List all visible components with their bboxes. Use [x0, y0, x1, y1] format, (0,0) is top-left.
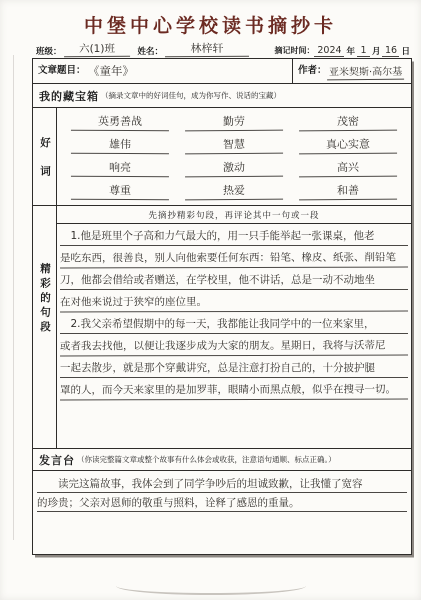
excerpt-line: 1.他是班里个子高和力气最大的，用一只手能举起一张课桌，他老 — [60, 224, 408, 246]
date-month-unit: 月 — [372, 45, 381, 57]
speech-header-row: 发言台 （你读完整篇文章或整个故事有什么体会或收获，注意语句通顺、标点正确。） — [33, 448, 411, 470]
author-value: 亚米契斯·高尔基 — [326, 62, 403, 80]
treasure-heading: 我的藏宝箱 — [39, 88, 99, 104]
good-word: 智慧 — [185, 136, 283, 155]
good-word-cell: 和善 — [291, 180, 405, 203]
document-photo: 中堡中心学校读书摘抄卡 班级： 六(1)班 姓名： 林梓轩 摘记时间： 2024… — [0, 0, 421, 600]
date-label: 摘记时间： — [274, 45, 314, 57]
date-year-value: 2024 — [314, 45, 344, 57]
speech-line: 读完这篇故事，我体会到了同学争吵后的坦诚致歉，让我懂了宽容 — [37, 474, 407, 493]
good-word: 英勇善战 — [71, 112, 169, 131]
treasure-note: （摘录文章中的好词佳句，成为你写作、说话的宝藏） — [101, 90, 281, 101]
page-title: 中堡中心学校读书摘抄卡 — [0, 11, 421, 38]
excerpt-line: 是吃东西，很善良，别人向他索要任何东西：铅笔、橡皮、纸张、削铅笔 — [60, 246, 408, 269]
date-year-unit: 年 — [346, 45, 355, 57]
good-word-cell: 激动 — [177, 157, 291, 180]
good-word-cell: 热爱 — [177, 180, 291, 203]
good-word-cell: 尊重 — [63, 180, 177, 203]
good-word: 真心实意 — [299, 136, 397, 155]
good-word: 和善 — [299, 182, 397, 201]
good-word-cell: 响亮 — [63, 157, 177, 180]
name-value: 林梓轩 — [165, 40, 249, 57]
speech-heading: 发言台 — [39, 452, 75, 468]
page-edge-shadow — [116, 586, 306, 595]
excerpt-row: 精彩的句段 先摘抄精彩句段，再评论其中一句或一段 1.他是班里个子高和力气最大的… — [33, 205, 411, 448]
good-word: 勤劳 — [185, 112, 283, 131]
excerpt-lines: 1.他是班里个子高和力气最大的，用一只手能举起一张课桌，他老 是吃东西，很善良，… — [57, 224, 411, 400]
good-word-cell: 英勇善战 — [63, 110, 177, 133]
excerpt-line: 在对他来说过于狭窄的座位里。 — [60, 290, 408, 313]
good-word: 热爱 — [185, 182, 283, 201]
excerpt-line: 2.我父亲希望假期中的每一天，我都能让我同学中的一位来家里， — [60, 312, 408, 334]
treasure-header-row: 我的藏宝箱 （摘录文章中的好词佳句，成为你写作、说话的宝藏） — [33, 83, 411, 107]
good-word-cell: 茂密 — [291, 110, 405, 133]
article-title-value: 《童年》 — [87, 63, 133, 79]
good-word-cell: 雄伟 — [63, 133, 177, 156]
excerpt-line: 一起去散步，就是那个穿戴讲究，总是注意打扮自己的，十分披护腿 — [60, 356, 408, 378]
date-month-value: 1 — [357, 45, 370, 57]
good-word: 激动 — [185, 159, 283, 178]
author-cell: 作者： 亚米契斯·高尔基 — [293, 59, 411, 83]
good-words-side-label: 好词 — [33, 108, 57, 205]
info-row: 班级： 六(1)班 姓名： 林梓轩 摘记时间： 2024 年 1 月 16 日 — [36, 41, 412, 57]
name-label: 姓名： — [138, 45, 164, 57]
good-word: 茂密 — [299, 112, 397, 131]
excerpt-line: 刀，他都会借给或者赠送，在学校里，他不讲话，总是一动不动地坐 — [60, 268, 408, 290]
good-word: 尊重 — [71, 182, 169, 201]
excerpt-line: 或者我去找他，以便让我逐步成为大家的朋友。星期日，我将与沃蒂尼 — [60, 334, 408, 357]
good-word-cell: 智慧 — [177, 133, 291, 156]
excerpt-line: 罩的人，而今天来家里的是加罗菲，眼睛小而黑点般，似乎在搜寻一切。 — [60, 378, 408, 401]
reading-card-table: 文章题目： 《童年》 作者： 亚米契斯·高尔基 我的藏宝箱 （摘录文章中的好词佳… — [32, 58, 412, 555]
excerpt-header: 先摘抄精彩句段，再评论其中一句或一段 — [57, 206, 411, 224]
class-value: 六(1)班 — [63, 41, 129, 57]
good-word-cell: 高兴 — [291, 157, 405, 180]
good-word: 高兴 — [299, 159, 397, 178]
speech-line: 的珍贵；父亲对恩师的敬重与照料，诠释了感恩的重量。 — [37, 493, 407, 512]
good-word: 响亮 — [71, 159, 169, 178]
good-word-cell: 勤劳 — [177, 110, 291, 133]
good-word: 雄伟 — [71, 136, 169, 155]
class-label: 班级： — [36, 45, 62, 57]
article-row: 文章题目： 《童年》 作者： 亚米契斯·高尔基 — [33, 59, 411, 83]
speech-row: 读完这篇故事，我体会到了同学争吵后的坦诚致歉，让我懂了宽容 的珍贵；父亲对恩师的… — [33, 470, 411, 554]
date-day-unit: 日 — [401, 45, 410, 57]
good-words-grid: 英勇善战 勤劳 茂密 雄伟 智慧 真心实意 响亮 激动 高兴 — [57, 108, 411, 205]
good-words-row: 好词 英勇善战 勤劳 茂密 雄伟 智慧 真心实意 响亮 激动 — [33, 107, 411, 205]
good-word-cell: 真心实意 — [291, 133, 405, 156]
paper-edge-line — [13, 55, 14, 540]
speech-lines: 读完这篇故事，我体会到了同学争吵后的坦诚致歉，让我懂了宽容 的珍贵；父亲对恩师的… — [33, 471, 411, 554]
date-day-value: 16 — [382, 45, 399, 57]
excerpt-area: 先摘抄精彩句段，再评论其中一句或一段 1.他是班里个子高和力气最大的，用一只手能… — [57, 206, 411, 448]
article-title-label: 文章题目： — [38, 65, 86, 77]
excerpt-side-label: 精彩的句段 — [33, 206, 57, 448]
author-label: 作者： — [298, 65, 327, 77]
speech-note: （你读完整篇文章或整个故事有什么体会或收获，注意语句通顺、标点正确。） — [77, 454, 336, 465]
article-title-cell: 文章题目： 《童年》 — [33, 59, 293, 83]
